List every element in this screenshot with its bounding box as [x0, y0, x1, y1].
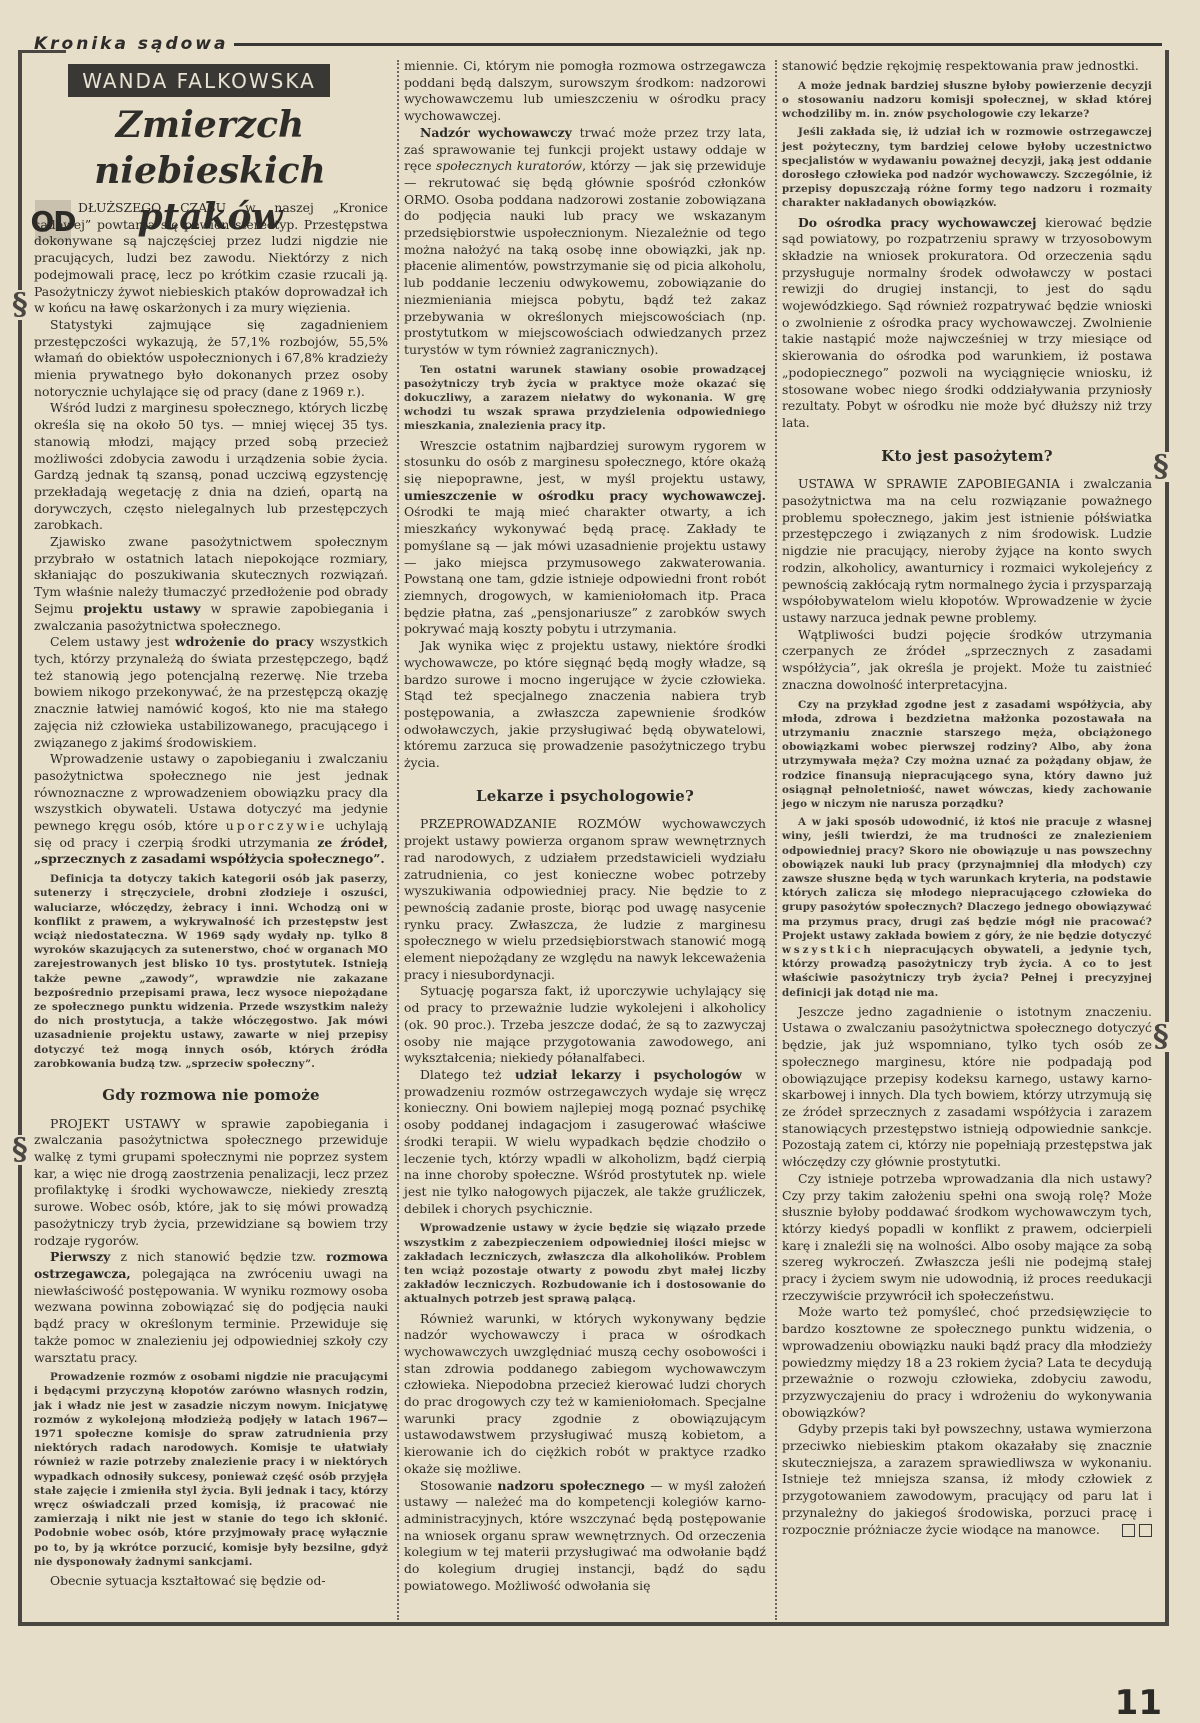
body-paragraph: Wśród ludzi z marginesu społecznego, któ… — [34, 400, 388, 534]
body-paragraph: Do ośrodka pracy wychowawczej kierować b… — [782, 215, 1152, 432]
frame-corner — [18, 50, 66, 53]
note-paragraph: Definicja ta dotyczy takich kategorii os… — [34, 872, 388, 1071]
note-paragraph: Czy na przykład zgodne jest z zasadami w… — [782, 698, 1152, 812]
section-rule — [234, 43, 1162, 46]
subheading: Gdy rozmowa nie pomoże — [34, 1087, 388, 1104]
body-paragraph: PRZEPROWADZANIE ROZMÓW wychowawczych pro… — [404, 816, 766, 983]
body-paragraph: USTAWA W SPRAWIE ZAPOBIEGANIA i zwalczan… — [782, 476, 1152, 626]
body-paragraph: Dlatego też udział lekarzy i psychologów… — [404, 1067, 766, 1217]
body-paragraph: Nadzór wychowawczy trwać może przez trzy… — [404, 125, 766, 359]
body-paragraph: Statystyki zajmujące się zagadnieniem pr… — [34, 317, 388, 401]
body-paragraph: Może warto też pomyśleć, choć przedsięwz… — [782, 1304, 1152, 1421]
column-1: DŁUŻSZEGO CZASU w naszej „Kronice sądowe… — [34, 200, 388, 1590]
body-paragraph: Pierwszy z nich stanowić będzie tzw. roz… — [34, 1249, 388, 1366]
note-paragraph: A w jaki sposób udowodnić, iż ktoś nie p… — [782, 815, 1152, 1000]
note-paragraph: Prowadzenie rozmów z osobami nigdzie nie… — [34, 1370, 388, 1569]
body-paragraph: Wreszcie ostatnim najbardziej surowym ry… — [404, 438, 766, 638]
body-paragraph: Jak wynika więc z projektu ustawy, niekt… — [404, 638, 766, 772]
body-paragraph: Jeszcze jedno zagadnienie o istotnym zna… — [782, 1004, 1152, 1171]
end-of-article-icon — [1102, 1524, 1152, 1542]
paragraph-mark-icon: § — [12, 290, 28, 320]
subheading: Lekarze i psychologowie? — [404, 788, 766, 805]
note-paragraph: A może jednak bardziej słuszne byłoby po… — [782, 79, 1152, 122]
body-paragraph: Celem ustawy jest wdrożenie do pracy wsz… — [34, 634, 388, 751]
lead-paragraph: DŁUŻSZEGO CZASU w naszej „Kronice sądowe… — [34, 200, 388, 317]
note-paragraph: Ten ostatni warunek stawiany osobie prow… — [404, 363, 766, 434]
body-paragraph: PROJEKT USTAWY w sprawie zapobiegania i … — [34, 1116, 388, 1250]
body-paragraph: Obecnie sytuacja kształtować się będzie … — [34, 1573, 388, 1590]
body-paragraph: stanowić będzie rękojmię respektowania p… — [782, 58, 1152, 75]
body-paragraph: Zjawisko zwane pasożytnictwem społecznym… — [34, 534, 388, 634]
body-paragraph: Wątpliwości budzi pojęcie środków utrzym… — [782, 627, 1152, 694]
column-2: miennie. Ci, którym nie pomogła rozmowa … — [404, 58, 766, 1594]
body-paragraph: Gdyby przepis taki był powszechny, ustaw… — [782, 1421, 1152, 1538]
column-separator — [775, 60, 777, 1620]
body-paragraph: Sytuację pogarsza fakt, iż uporczywie uc… — [404, 983, 766, 1067]
body-paragraph: Również warunki, w których wykonywany bę… — [404, 1311, 766, 1478]
body-paragraph: Stosowanie nadzoru społecznego — w myśl … — [404, 1478, 766, 1595]
subheading: Kto jest pasożytem? — [782, 448, 1152, 465]
body-paragraph: Wprowadzenie ustawy o zapobieganiu i zwa… — [34, 751, 388, 868]
column-separator — [397, 60, 399, 1620]
page-number: 11 — [1115, 1683, 1162, 1723]
author-banner: WANDA FALKOWSKA — [68, 64, 330, 97]
column-3: stanowić będzie rękojmię respektowania p… — [782, 58, 1152, 1541]
note-paragraph: Wprowadzenie ustawy w życie będzie się w… — [404, 1221, 766, 1306]
note-paragraph: Jeśli zakłada się, iż udział ich w rozmo… — [782, 125, 1152, 210]
paragraph-mark-icon: § — [1153, 1022, 1169, 1052]
body-paragraph: miennie. Ci, którym nie pomogła rozmowa … — [404, 58, 766, 125]
body-paragraph: Czy istnieje potrzeba wprowadzania dla n… — [782, 1171, 1152, 1305]
paragraph-mark-icon: § — [12, 1135, 28, 1165]
paragraph-mark-icon: § — [1153, 452, 1169, 482]
